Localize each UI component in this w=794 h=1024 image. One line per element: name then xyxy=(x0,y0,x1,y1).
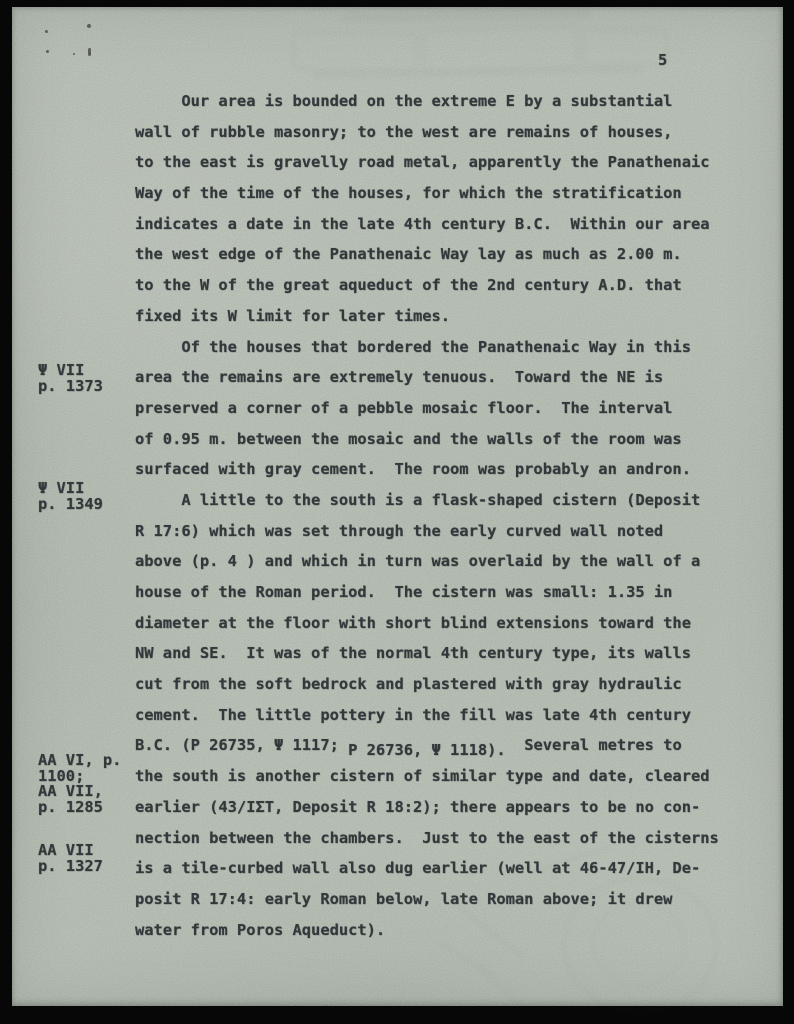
margin-note-line: p. 1327 xyxy=(38,859,103,875)
ink-speck xyxy=(73,53,75,55)
text-line: cement. The little pottery in the fill w… xyxy=(135,700,719,731)
text-line: the west edge of the Panathenaic Way lay… xyxy=(135,239,719,270)
text-line: NW and SE. It was of the normal 4th cent… xyxy=(135,638,719,669)
ink-speck xyxy=(88,48,91,56)
text-line: diameter at the floor with short blind e… xyxy=(135,608,719,639)
text-line: above (p. 4 ) and which in turn was over… xyxy=(135,546,719,577)
margin-note: AA VIIp. 1327 xyxy=(38,843,103,874)
text-line: area the remains are extremely tenuous. … xyxy=(135,362,719,393)
scan-background: 5 Our area is bounded on the extreme E b… xyxy=(0,0,794,1024)
watermark-top xyxy=(281,4,682,89)
typed-body: Our area is bounded on the extreme E by … xyxy=(135,86,719,945)
text-line: wall of rubble masonry; to the west are … xyxy=(135,117,719,148)
text-line: preserved a corner of a pebble mosaic fl… xyxy=(135,393,719,424)
text-line: Way of the time of the houses, for which… xyxy=(135,178,719,209)
margin-note: Ψ VIIp. 1349 xyxy=(38,481,103,512)
ink-speck xyxy=(87,24,91,28)
text-line: fixed its W limit for later times. xyxy=(135,301,719,332)
text-line: Of the houses that bordered the Panathen… xyxy=(135,332,719,363)
margin-note-line: p. 1373 xyxy=(38,379,103,395)
dropped-text-segment: P 26736, Ψ 1118). xyxy=(339,735,506,766)
text-line: to the east is gravelly road metal, appa… xyxy=(135,147,719,178)
text-line: to the W of the great aqueduct of the 2n… xyxy=(135,270,719,301)
text-line: water from Poros Aqueduct). xyxy=(135,915,719,946)
text-line: Our area is bounded on the extreme E by … xyxy=(135,86,719,117)
text-line: house of the Roman period. The cistern w… xyxy=(135,577,719,608)
document-page: 5 Our area is bounded on the extreme E b… xyxy=(12,7,783,1006)
text-line: is a tile-curbed wall also dug earlier (… xyxy=(135,853,719,884)
text-line: nection between the chambers. Just to th… xyxy=(135,823,719,854)
text-segment: B.C. (P 26735, Ψ 1117; xyxy=(135,736,339,754)
text-line: cut from the soft bedrock and plastered … xyxy=(135,669,719,700)
page-number: 5 xyxy=(658,51,667,69)
text-line: B.C. (P 26735, Ψ 1117; P 26736, Ψ 1118).… xyxy=(135,730,719,761)
text-line: earlier (43/ΙΣΤ, Deposit R 18:2); there … xyxy=(135,792,719,823)
margin-note-line: p. 1285 xyxy=(38,800,121,816)
ink-speck xyxy=(45,30,48,33)
margin-note: Ψ VIIp. 1373 xyxy=(38,363,103,394)
text-line: R 17:6) which was set through the early … xyxy=(135,516,719,547)
text-line: A little to the south is a flask-shaped … xyxy=(135,485,719,516)
ink-speck xyxy=(46,50,49,53)
text-line: indicates a date in the late 4th century… xyxy=(135,209,719,240)
margin-note-line: p. 1349 xyxy=(38,497,103,513)
text-line: surfaced with gray cement. The room was … xyxy=(135,454,719,485)
text-segment: Several metres to xyxy=(506,736,682,754)
margin-note: AA VI, p.1100;AA VII,p. 1285 xyxy=(38,753,121,815)
text-line: posit R 17:4: early Roman below, late Ro… xyxy=(135,884,719,915)
text-line: of 0.95 m. between the mosaic and the wa… xyxy=(135,424,719,455)
